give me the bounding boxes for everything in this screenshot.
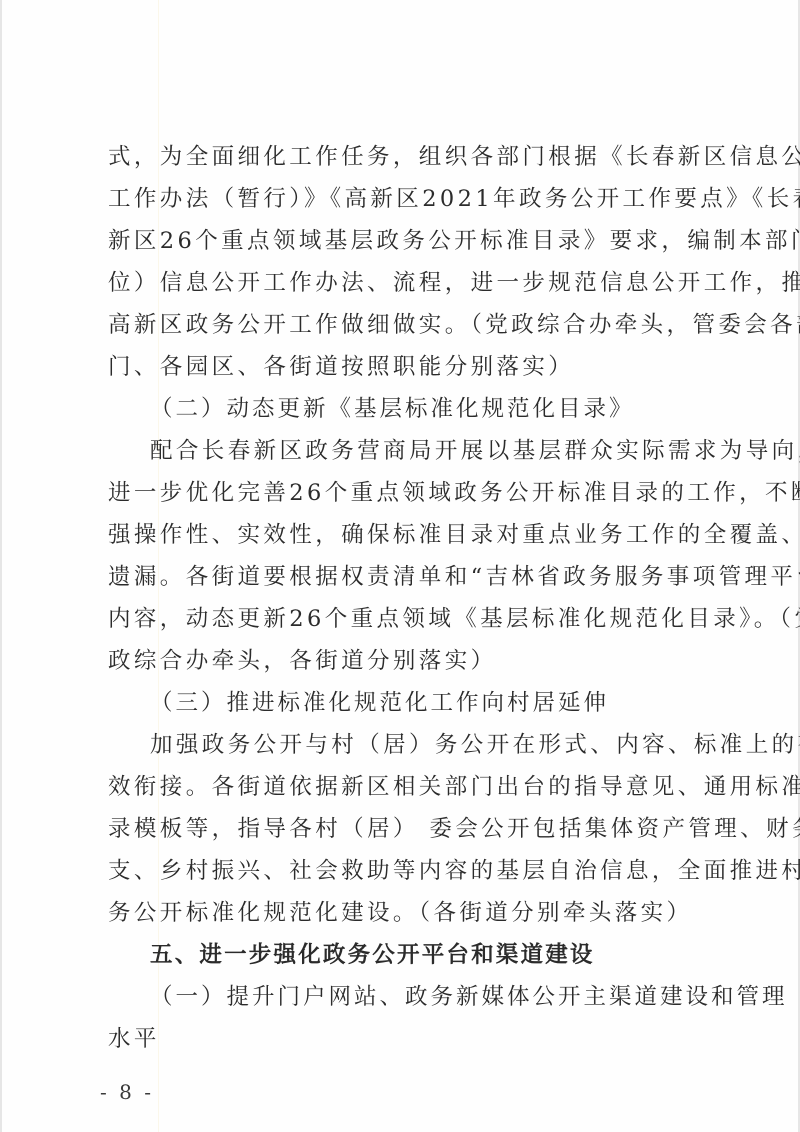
body-text-line: 新区26个重点领域基层政务公开标准目录》要求，编制本部门（单 bbox=[108, 226, 708, 256]
body-text-line: 水平 bbox=[108, 1024, 708, 1054]
section-heading-5: 五、进一步强化政务公开平台和渠道建设 bbox=[150, 940, 750, 970]
body-text-line: 效衔接。各街道依据新区相关部门出台的指导意见、通用标准目 bbox=[108, 772, 708, 802]
body-text-line: 强操作性、实效性，确保标准目录对重点业务工作的全覆盖、无 bbox=[108, 520, 708, 550]
body-text-line: 工作办法（暂行）》《高新区2021年政务公开工作要点》《长春 bbox=[108, 184, 708, 214]
body-text-line: 式，为全面细化工作任务，组织各部门根据《长春新区信息公开 bbox=[108, 142, 708, 172]
body-text-line: 位）信息公开工作办法、流程，进一步规范信息公开工作，推动 bbox=[108, 268, 708, 298]
body-text-line: 进一步优化完善26个重点领域政务公开标准目录的工作，不断增 bbox=[108, 478, 708, 508]
body-text-line: 遗漏。各街道要根据权责清单和“吉林省政务服务事项管理平台” bbox=[108, 562, 708, 592]
page-number: - 8 - bbox=[100, 1080, 154, 1104]
section-subheading-1: （一）提升门户网站、政务新媒体公开主渠道建设和管理 bbox=[150, 982, 750, 1012]
paragraph-start-line: 加强政务公开与村（居）务公开在形式、内容、标准上的有 bbox=[150, 730, 750, 760]
body-text-line: 录模板等，指导各村（居） 委会公开包括集体资产管理、财务收 bbox=[108, 814, 708, 844]
body-text-line: 务公开标准化规范化建设。（各街道分别牵头落实） bbox=[108, 898, 708, 928]
body-text-line: 政综合办牵头，各街道分别落实） bbox=[108, 646, 708, 676]
page-edge-left bbox=[0, 0, 2, 1132]
document-page: 式，为全面细化工作任务，组织各部门根据《长春新区信息公开 工作办法（暂行）》《高… bbox=[0, 0, 800, 1132]
body-text-line: 支、乡村振兴、社会救助等内容的基层自治信息，全面推进村（居） bbox=[108, 856, 708, 886]
body-text-line: 高新区政务公开工作做细做实。（党政综合办牵头，管委会各部 bbox=[108, 310, 708, 340]
section-subheading-3: （三）推进标准化规范化工作向村居延伸 bbox=[150, 688, 750, 718]
paragraph-start-line: 配合长春新区政务营商局开展以基层群众实际需求为导向， bbox=[150, 436, 750, 466]
section-subheading-2: （二）动态更新《基层标准化规范化目录》 bbox=[150, 394, 750, 424]
body-text-line: 门、各园区、各街道按照职能分别落实） bbox=[108, 352, 708, 382]
body-text-line: 内容，动态更新26个重点领域《基层标准化规范化目录》。（党 bbox=[108, 604, 708, 634]
